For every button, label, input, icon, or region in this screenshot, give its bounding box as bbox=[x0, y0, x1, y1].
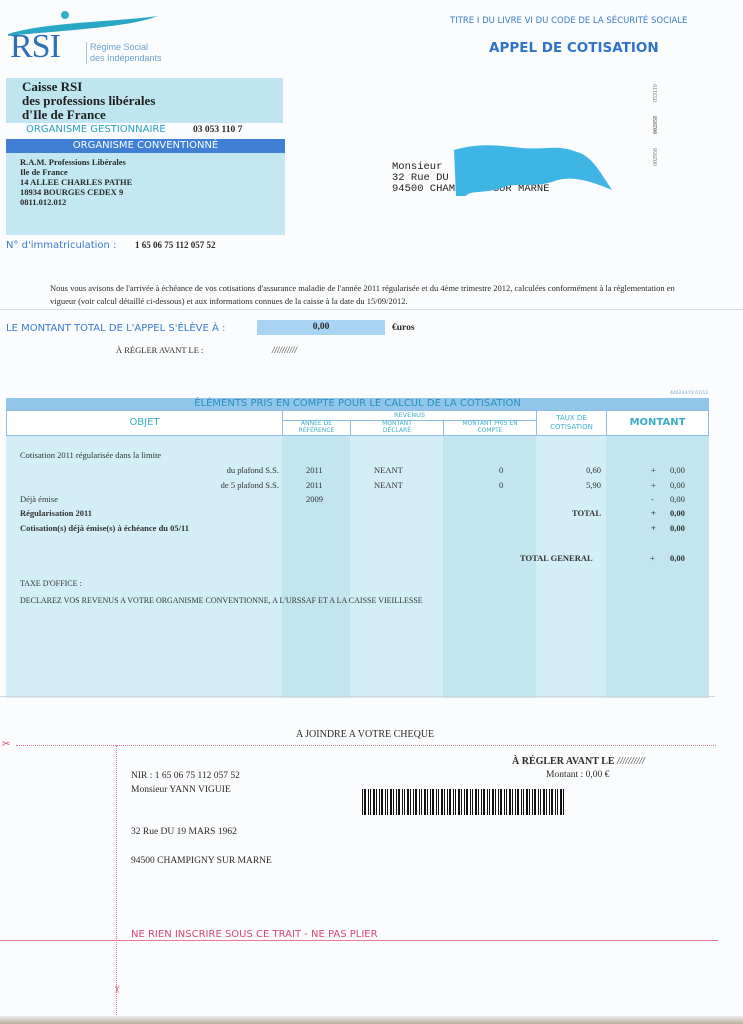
organisme-gestionnaire-label: ORGANISME GESTIONNAIRE bbox=[26, 124, 166, 135]
organisme-gestionnaire-number: 03 053 110 7 bbox=[193, 125, 242, 135]
fold-line bbox=[0, 309, 743, 310]
coupon-street: 32 Rue DU 19 MARS 1962 bbox=[131, 827, 237, 837]
table-cell-taux: 0,60 bbox=[586, 465, 601, 475]
table-cell-montant: 0,00 bbox=[670, 465, 685, 475]
taxe-text: DECLAREZ VOS REVENUS A VOTRE ORGANISME C… bbox=[20, 596, 423, 605]
table-cell-sign: - bbox=[651, 494, 654, 504]
col-montant-declare: MONTANT DÉCLARÉ bbox=[350, 420, 444, 436]
cut-line bbox=[16, 745, 716, 746]
table-cell-montant: 0,00 bbox=[670, 480, 685, 490]
coupon-name: Monsieur YANN VIGUIE bbox=[131, 783, 240, 797]
col-objet: OBJET bbox=[6, 410, 283, 436]
logo-subtitle-line2: des Indépendants bbox=[90, 53, 162, 63]
table-cell-declare: NEANT bbox=[374, 480, 403, 490]
side-codes: 002958 002958 053110 bbox=[651, 70, 671, 170]
table-cell-objet: du plafond S.S. bbox=[227, 465, 279, 475]
col-montant: MONTANT bbox=[606, 410, 709, 436]
scan-edge bbox=[0, 1016, 743, 1024]
col-taux: TAUX DE COTISATION bbox=[536, 410, 607, 436]
immatriculation-label: N° d'immatriculation : bbox=[6, 240, 116, 251]
scissors-icon: ✂ bbox=[2, 739, 10, 750]
column-stripe bbox=[282, 436, 350, 698]
table-cell-taux: TOTAL bbox=[572, 508, 601, 518]
immatriculation-number: 1 65 06 75 112 057 52 bbox=[135, 240, 216, 250]
conv-phone: 0811.012.012 bbox=[6, 197, 285, 207]
total-amount-value: 0,00 bbox=[257, 320, 385, 335]
organisme-conventionne-header: ORGANISME CONVENTIONNÉ bbox=[6, 139, 285, 153]
total-general-sign: + bbox=[650, 553, 655, 563]
table-cell-objet: Cotisation 2011 régularisée dans la limi… bbox=[20, 450, 161, 460]
table-cell-objet: Cotisation(s) déjà émise(s) à échéance d… bbox=[20, 523, 189, 533]
coupon-warning: NE RIEN INSCRIRE SOUS CE TRAIT - NE PAS … bbox=[131, 929, 378, 940]
table-cell-pris: 0 bbox=[499, 480, 503, 490]
logo-subtitle: Régime Social des Indépendants bbox=[86, 42, 162, 64]
total-general-value: 0,00 bbox=[670, 553, 685, 563]
caisse-name-line: des professions libérales bbox=[6, 94, 283, 108]
table-cell-montant: 0,00 bbox=[670, 508, 685, 518]
conv-address-line: R.A.M. Professions Libérales bbox=[6, 153, 285, 167]
legal-reference: TITRE I DU LIVRE VI DU CODE DE LA SÉCURI… bbox=[450, 16, 687, 26]
logo-text: RSI bbox=[10, 28, 60, 66]
table-cell-declare: NEANT bbox=[374, 465, 403, 475]
table-cell-annee: 2011 bbox=[306, 480, 323, 490]
table-cell-montant: 0,00 bbox=[670, 494, 685, 504]
total-amount-label: LE MONTANT TOTAL DE L'APPEL S'ÉLÈVE À : bbox=[6, 323, 225, 334]
side-code-3: 053110 bbox=[653, 84, 659, 102]
coupon-city: 94500 CHAMPIGNY SUR MARNE bbox=[131, 856, 272, 866]
table-cell-sign: + bbox=[651, 480, 656, 490]
coupon-due-value: ////////// bbox=[617, 756, 645, 767]
coupon-identity: NIR : 1 65 06 75 112 057 52 Monsieur YAN… bbox=[131, 769, 240, 797]
column-stripe bbox=[606, 436, 709, 698]
rsi-logo: RSI Régime Social des Indépendants bbox=[6, 8, 166, 66]
conv-address-line: Ile de France bbox=[6, 167, 285, 177]
fold-line bbox=[0, 696, 715, 697]
coupon-due-date: À RÉGLER AVANT LE ////////// bbox=[512, 756, 645, 767]
table-cell-montant: 0,00 bbox=[670, 523, 685, 533]
due-date-value: ////////// bbox=[272, 345, 297, 355]
document-title: APPEL DE COTISATION bbox=[489, 40, 659, 56]
caisse-name-line: d'Ile de France bbox=[6, 108, 283, 122]
table-cell-sign: + bbox=[651, 508, 656, 518]
coupon-warning-line bbox=[0, 940, 718, 941]
table-cell-objet: Régularisation 2011 bbox=[20, 508, 92, 518]
column-stripe bbox=[443, 436, 536, 698]
table-cell-objet: Déjà émise bbox=[20, 494, 58, 504]
table-title: ÉLÉMENTS PRIS EN COMPTE POUR LE CALCUL D… bbox=[6, 398, 709, 410]
side-code-1: 002958 bbox=[653, 148, 659, 166]
cut-line-vertical bbox=[116, 745, 117, 1017]
col-annee: ANNÉE DE RÉFÉRENCE bbox=[282, 420, 351, 436]
table-cell-annee: 2011 bbox=[306, 465, 323, 475]
table-cell-pris: 0 bbox=[499, 465, 503, 475]
notice-paragraph: Nous vous avisons de l'arrivée à échéanc… bbox=[50, 282, 690, 308]
organisme-conventionne-address: R.A.M. Professions Libérales Ile de Fran… bbox=[6, 153, 285, 235]
total-currency: €uros bbox=[392, 323, 415, 333]
caisse-name-block: Caisse RSI des professions libérales d'I… bbox=[6, 78, 283, 123]
coupon-header: A JOINDRE A VOTRE CHEQUE bbox=[296, 729, 434, 740]
logo-subtitle-line1: Régime Social bbox=[90, 42, 148, 52]
conv-address-line: 18934 BOURGES CEDEX 9 bbox=[6, 187, 285, 197]
table-cell-annee: 2009 bbox=[306, 494, 323, 504]
total-general-label: TOTAL GENERAL bbox=[520, 553, 593, 563]
coupon-nir: NIR : 1 65 06 75 112 057 52 bbox=[131, 769, 240, 783]
table-cell-taux: 5,90 bbox=[586, 480, 601, 490]
form-code: 446244-Y2 07/12 bbox=[670, 391, 708, 396]
coupon-due-label: À RÉGLER AVANT LE bbox=[512, 756, 615, 767]
scissors-icon: ✂ bbox=[111, 985, 122, 993]
calculation-table: ÉLÉMENTS PRIS EN COMPTE POUR LE CALCUL D… bbox=[6, 398, 709, 698]
col-montant-pris: MONTANT PRIS EN COMPTE bbox=[443, 420, 537, 436]
caisse-name-line: Caisse RSI bbox=[6, 78, 283, 94]
table-cell-sign: + bbox=[651, 465, 656, 475]
due-date-label: À RÉGLER AVANT LE : bbox=[116, 345, 203, 355]
table-cell-sign: + bbox=[651, 523, 656, 533]
table-cell-objet: de 5 plafond S.S. bbox=[221, 480, 279, 490]
barcode bbox=[362, 789, 566, 815]
side-code-2: 002958 bbox=[653, 116, 659, 134]
conv-address-line: 14 ALLEE CHARLES PATHE bbox=[6, 177, 285, 187]
taxe-label: TAXE D'OFFICE : bbox=[20, 579, 82, 588]
coupon-amount: Montant : 0,00 € bbox=[546, 770, 609, 780]
redaction-mark bbox=[452, 142, 614, 198]
